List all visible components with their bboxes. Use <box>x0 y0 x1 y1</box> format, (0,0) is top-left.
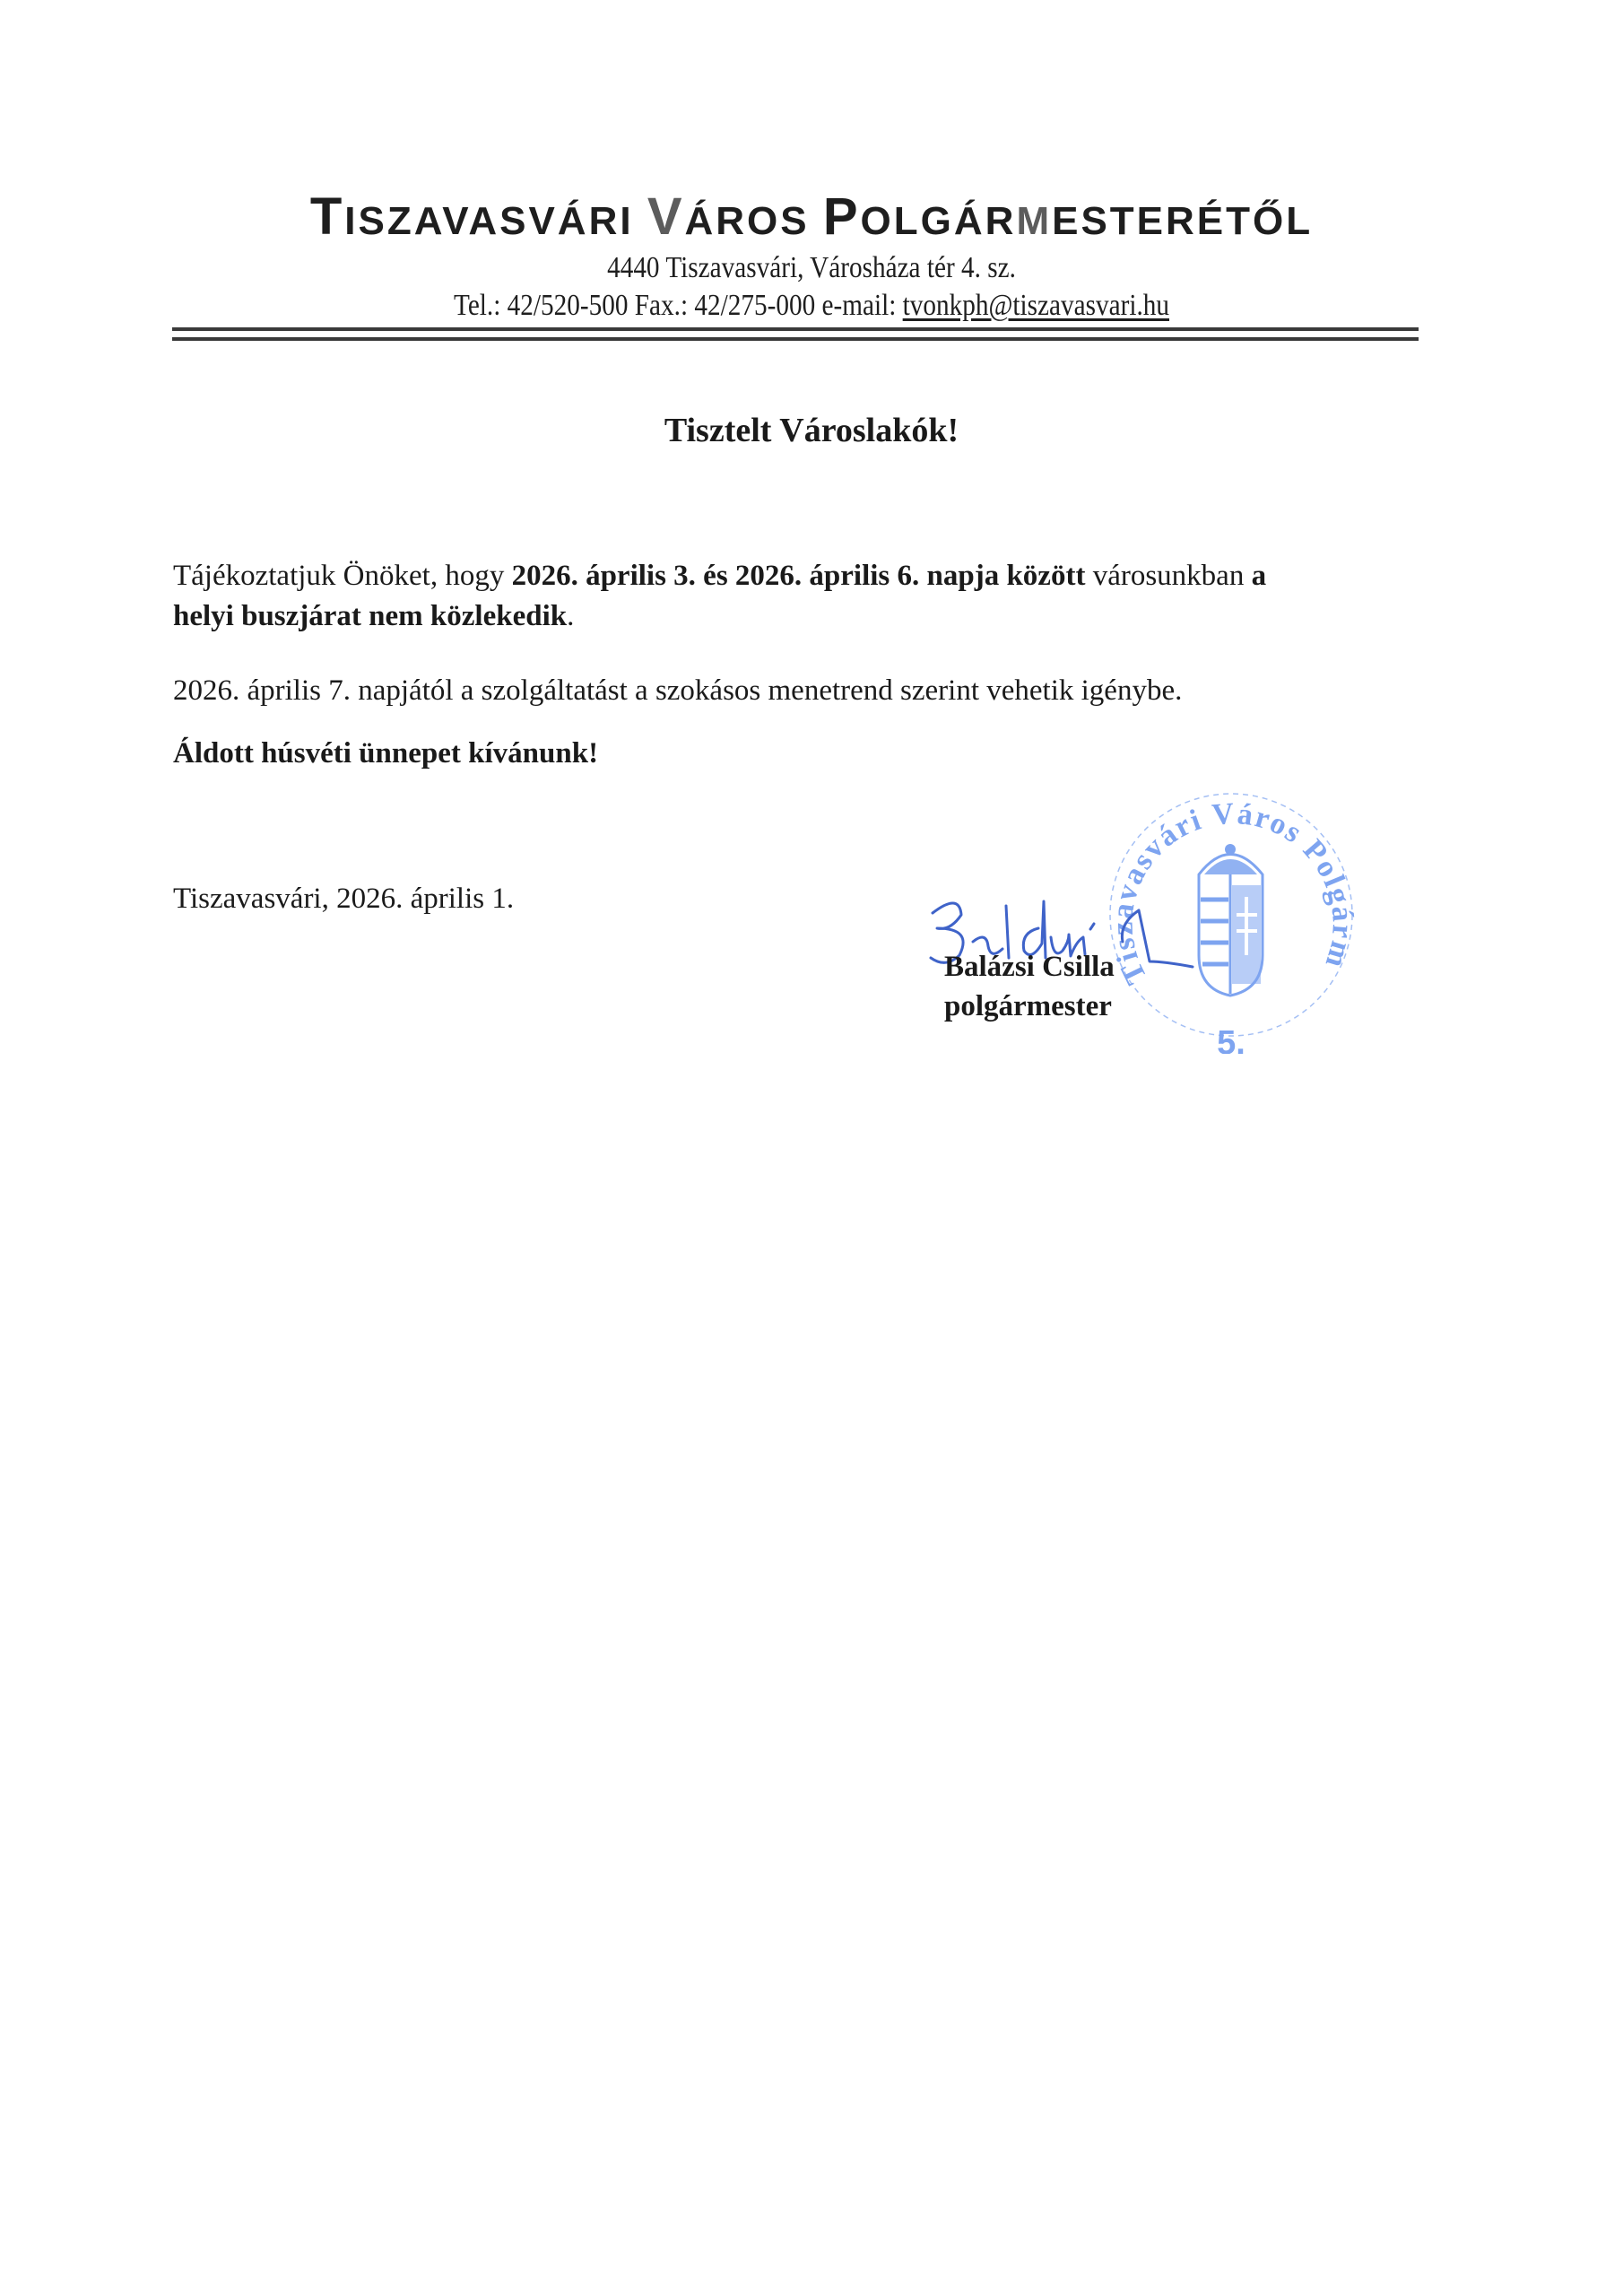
easter-greeting: Áldott húsvéti ünnepet kívánunk! <box>173 734 1419 774</box>
notice-paragraph: Tájékoztatjuk Önöket, hogy 2026. április… <box>173 556 1419 637</box>
resume-paragraph: 2026. április 7. napjától a szolgáltatás… <box>173 671 1419 711</box>
signatory-name: Balázsi Csilla <box>944 951 1115 984</box>
letterhead-title: TISZAVASVÁRI VÁROS POLGÁRMESTERÉTŐL <box>0 187 1623 247</box>
email-link[interactable]: tvonkph@tiszavasvari.hu <box>903 289 1169 322</box>
letterhead-divider-bottom <box>172 337 1419 341</box>
contact-phone-fax: Tel.: 42/520-500 Fax.: 42/275-000 e-mail… <box>454 289 903 322</box>
letterhead-contact: Tel.: 42/520-500 Fax.: 42/275-000 e-mail… <box>114 289 1510 323</box>
letterhead-address: 4440 Tiszavasvári, Városháza tér 4. sz. <box>114 251 1510 285</box>
letterhead-divider-top <box>172 327 1419 331</box>
signatory-role: polgármester <box>944 990 1112 1023</box>
notice-line-2: helyi buszjárat nem közlekedik. <box>173 596 1419 637</box>
notice-line-1: Tájékoztatjuk Önöket, hogy 2026. április… <box>173 556 1419 596</box>
document-page: TISZAVASVÁRI VÁROS POLGÁRMESTERÉTŐL 4440… <box>0 0 1623 2296</box>
stamp-number: 5. <box>1217 1024 1245 1054</box>
greeting-heading: Tisztelt Városlakók! <box>0 411 1623 450</box>
